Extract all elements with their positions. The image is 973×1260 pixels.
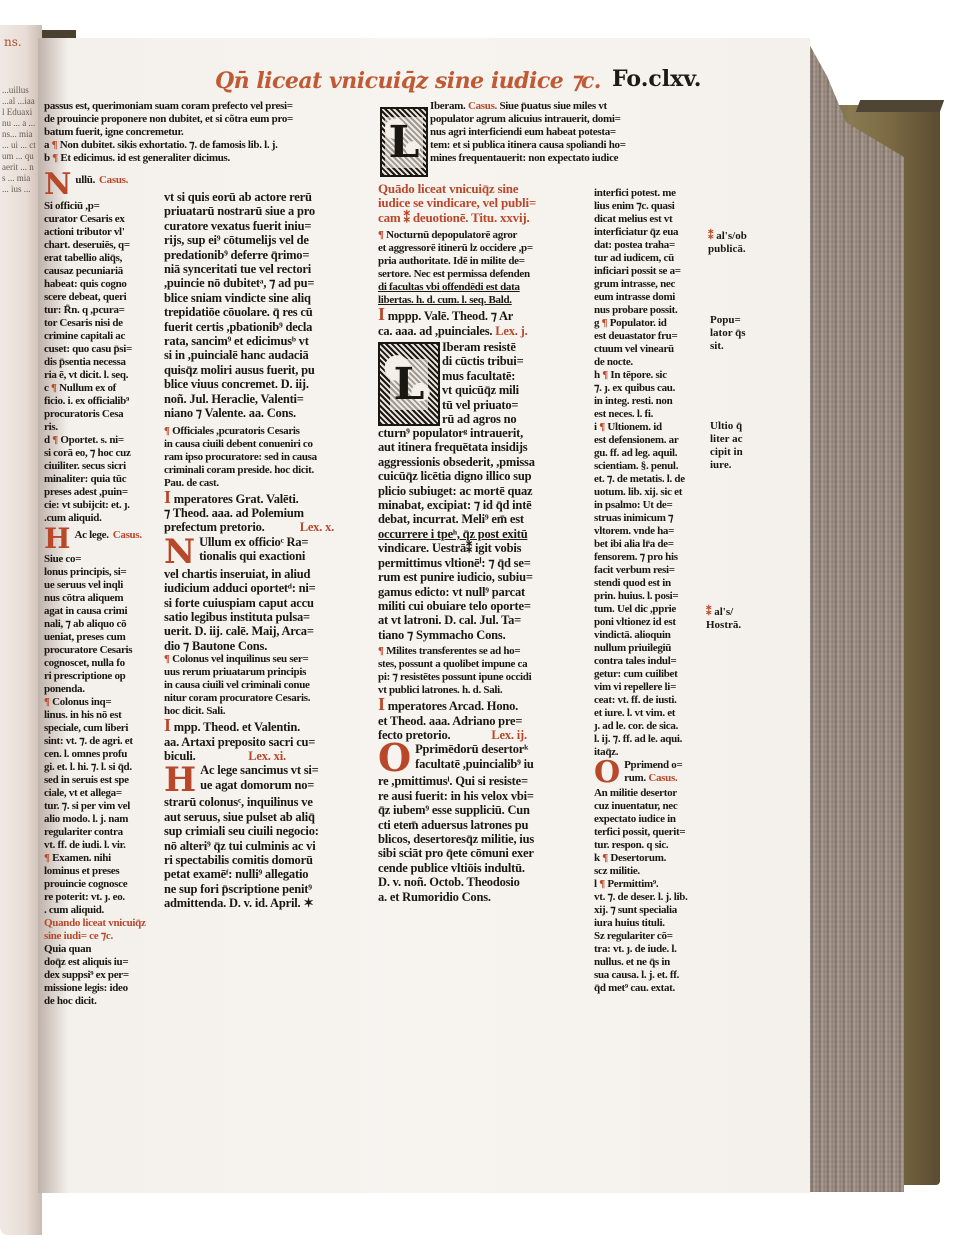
woodcut-initial-l: L [380,107,428,177]
gloss-note-c: c ¶ Nullum ex of [44,382,156,395]
inscription-right-1: I mppp. Valē. Theod. ⁊ Ar [378,307,588,323]
gloss-note-a: a ¶ Non dubitet. sikis exhortatio. ⁊. de… [44,139,374,152]
law-x: N Ullum ex officioᶜ Ra= tionalis qui exa… [164,535,374,653]
gloss-line: batum fuerit, igne concremetur. [44,126,374,139]
law-j-head: L Iberam resistē di cūctis tribui= mus f… [378,338,588,426]
paragraph-mark-icon: ¶ [602,852,608,864]
paragraph-mark-icon: ¶ [44,852,50,864]
margin-note: ⁑ al's/ob publicā. [708,230,747,256]
left-page-curl: ns. ...uillus ...al ...iaal Eduaxinu ...… [0,25,42,1235]
gloss-line: de prouincie proponere non dubitet, et s… [44,113,374,126]
lex-number: Lex. x. [300,520,334,534]
gloss-note-i: i ¶ Ultionem. id [594,421,706,434]
left-page-fragment-top: ns. [4,35,22,49]
cross-mark-icon: ⁑ [708,230,714,242]
summary-right-2: ¶ Milites transferentes se ad ho= [378,645,588,658]
gloss-note-h: h ¶ In tēpore. sic [594,369,706,382]
folio-number: Fo.clxv. [612,66,701,92]
title-rubric: Quādo liceat vnicuiq̄z sine [378,182,588,196]
gloss-note-e: ¶ Colonus inq= [44,696,156,709]
gloss-opening: passus est, querimoniam suam coram prefe… [44,100,374,165]
paragraph-mark-icon: ¶ [52,152,58,164]
paragraph-mark-icon: ¶ [599,878,605,890]
red-initial-o: O [378,742,411,774]
paragraph-mark-icon: ¶ [378,229,384,241]
gloss-note-f: ¶ Examen. nihi [44,852,156,865]
casus-opening: Iberam. Casus. Siue p̄uatus siue miles v… [430,100,770,165]
woodcut-initial-l: L [378,342,440,426]
gloss-note-l: l ¶ Permittim⁹. [594,878,706,891]
red-initial-n: N [44,170,71,200]
red-initial-h: H [44,525,70,553]
text-column-middle: vt si quis eorū ab actore rerū priuatarū… [164,190,374,911]
paragraph-mark-icon: ¶ [44,696,50,708]
summary-2: ¶ Colonus vel inquilinus seu ser= [164,653,374,666]
paragraph-mark-icon: ¶ [378,645,384,657]
paragraph-mark-icon: ¶ [52,139,58,151]
running-title: Qn̄ liceat vnicuiq̄z sine iudice ⁊c. [215,68,601,94]
red-initial-o: O [594,759,620,787]
summary-1: ¶ Officiales ,pcuratoris Cesaris [164,425,374,438]
inscription-right-2: I mperatores Arcad. Hono. [378,697,588,713]
page-fore-edges [808,42,904,1192]
text-column-right: Quādo liceat vnicuiq̄z sine iudice se vi… [378,182,588,904]
gloss-note-k: k ¶ Desertorum. [594,852,706,865]
lex-number: Lex. j. [495,324,527,338]
red-initial-h: H [164,765,196,795]
paragraph-mark-icon: ¶ [52,434,58,446]
gloss-line: passus est, querimoniam suam coram prefe… [44,100,374,113]
law-ij: O Pprimēdorū desertorᵏ facultatē ,puinci… [378,742,588,904]
paragraph-mark-icon: ¶ [602,369,608,381]
paragraph-mark-icon: ¶ [51,382,57,394]
gloss-casus-right: O Pprimend o= rum. Casus. An militie des… [594,759,706,852]
gloss-column-right: interfici potest. me lius enim ⁊c. quasi… [594,187,706,995]
paragraph-mark-icon: ¶ [164,653,170,665]
gloss-note-b: b ¶ Et edicimus. id est generaliter dici… [44,152,374,165]
paragraph-mark-icon: ¶ [602,317,608,329]
paragraph-mark-icon: ¶ [164,425,170,437]
margin-note: Ultio q̄ liter ac cipit in iure. [710,420,743,472]
summary-right: ¶ Nocturnū depopulatorē agror [378,229,588,242]
margin-note: Popu= lator q̄s sit. [710,314,746,353]
gloss-note-g: g ¶ Populator. id [594,317,706,330]
cross-mark-icon: ⁑ [706,606,712,618]
lex-number: Lex. xi. [248,749,286,763]
paragraph-mark-icon: ¶ [599,421,605,433]
law-xi: H Ac lege sancimus vt si= ue agat domoru… [164,763,374,910]
left-page-fragment-text: ...uillus ...al ...iaal Eduaxinu ... a .… [2,85,36,1085]
lex-number: Lex. ij. [491,728,527,742]
red-initial-n: N [164,537,195,567]
book-photo: ns. ...uillus ...al ...iaal Eduaxinu ...… [0,0,973,1260]
binding-top-edge [856,100,944,112]
gloss-column-left: N ullū. Casus. Si officiū ,p= curator Ce… [44,170,156,1008]
inscription-1: I mperatores Grat. Valēti. [164,490,374,506]
margin-note: ⁑ al's/ Hostrā. [706,606,741,632]
rubric-bottom: Quando liceat vnicuiq̄z sine iudi= ce ⁊c… [44,917,154,943]
gloss-note-d: d ¶ Oportet. s. ni= [44,434,156,447]
inscription-2: I mpp. Theod. et Valentin. [164,718,374,734]
